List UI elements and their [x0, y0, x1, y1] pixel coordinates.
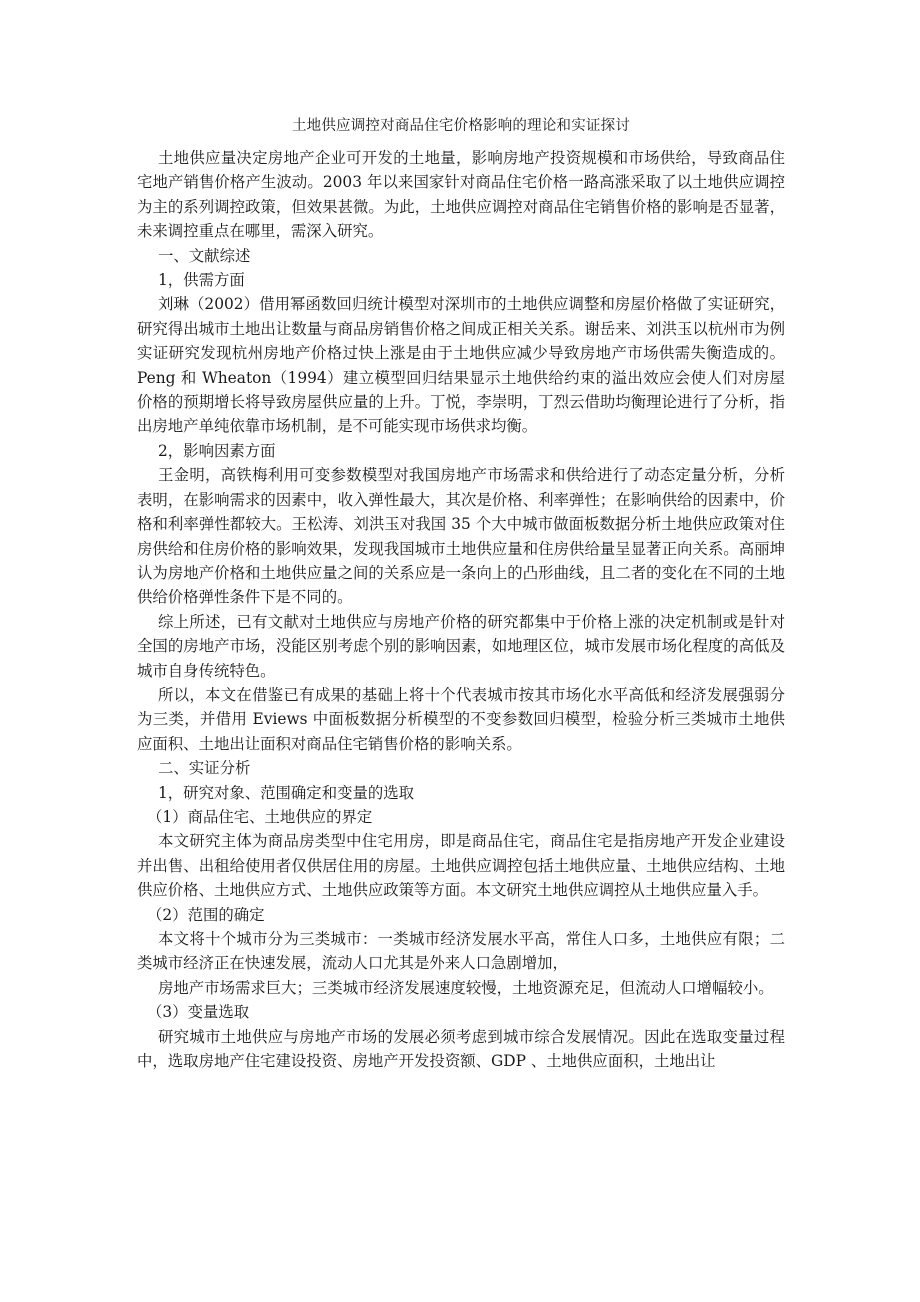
paragraph: 所以，本文在借鉴已有成果的基础上将十个代表城市按其市场化水平高低和经济发展强弱分… [137, 683, 785, 756]
subsection-heading-2-1: 1，研究对象、范围确定和变量的选取 [137, 781, 785, 805]
paragraph: 王金明，高铁梅利用可变参数模型对我国房地产市场需求和供给进行了动态定量分析，分析… [137, 463, 785, 609]
intro-paragraph: 土地供应量决定房地产企业可开发的土地量，影响房地产投资规模和市场供给，导致商品住… [137, 146, 785, 244]
document-title: 土地供应调控对商品住宅价格影响的理论和实证探讨 [137, 116, 785, 136]
subsection-heading-1-2: 2，影响因素方面 [137, 439, 785, 463]
item-heading-2: （2）范围的确定 [137, 903, 785, 927]
section-heading-2: 二、实证分析 [137, 756, 785, 780]
section-heading-1: 一、文献综述 [137, 244, 785, 268]
subsection-heading-1-1: 1，供需方面 [137, 268, 785, 292]
paragraph: 本文研究主体为商品房类型中住宅用房，即是商品住宅，商品住宅是指房地产开发企业建设… [137, 829, 785, 902]
paragraph: 研究城市土地供应与房地产市场的发展必须考虑到城市综合发展情况。因此在选取变量过程… [137, 1025, 785, 1074]
paragraph: 综上所述，已有文献对土地供应与房地产价格的研究都集中于价格上涨的决定机制或是针对… [137, 610, 785, 683]
document-page: 土地供应调控对商品住宅价格影响的理论和实证探讨 土地供应量决定房地产企业可开发的… [137, 116, 785, 1073]
item-heading-3: （3）变量选取 [137, 1000, 785, 1024]
paragraph: 房地产市场需求巨大；三类城市经济发展速度较慢，土地资源充足，但流动人口增幅较小。 [137, 976, 785, 1000]
paragraph: 刘琳（2002）借用幂函数回归统计模型对深圳市的土地供应调整和房屋价格做了实证研… [137, 292, 785, 438]
paragraph: 本文将十个城市分为三类城市：一类城市经济发展水平高，常住人口多，土地供应有限；二… [137, 927, 785, 976]
item-heading-1: （1）商品住宅、土地供应的界定 [137, 805, 785, 829]
